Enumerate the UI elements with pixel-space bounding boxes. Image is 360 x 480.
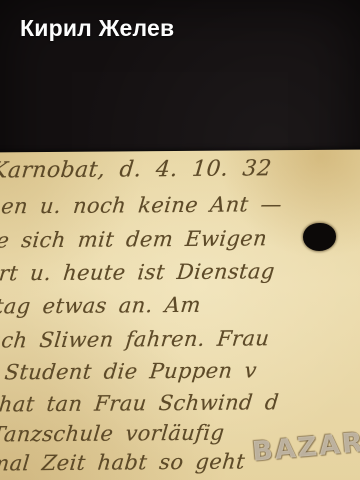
postcard-paper: Karnobat, d. 4. 10. 32 ben u. noch keine… xyxy=(0,150,360,480)
photo-of-postcard: Кирил Желев Karnobat, d. 4. 10. 32 ben u… xyxy=(0,0,360,480)
handwriting-line: hat tan Frau Schwind d xyxy=(0,390,280,416)
handwriting-line: ach Sliwen fahren. Frau xyxy=(0,326,271,352)
handwriting-line: Tanzschule vorläufig xyxy=(0,421,226,447)
handwriting-line: mal Zeit habt so geht xyxy=(0,449,246,475)
handwriting-line: ttag etwas an. Am xyxy=(0,293,202,319)
seller-name-overlay: Кирил Желев xyxy=(20,15,174,42)
handwriting-line: te sich mit dem Ewigen xyxy=(0,226,268,252)
handwriting-line: ben u. noch keine Ant — xyxy=(0,192,283,218)
handwriting-line: Student die Puppen v xyxy=(4,358,258,384)
handwriting-line: art u. heute ist Dienstag xyxy=(0,259,276,285)
punch-hole xyxy=(303,223,336,251)
handwriting-line-date: Karnobat, d. 4. 10. 32 xyxy=(0,156,273,183)
